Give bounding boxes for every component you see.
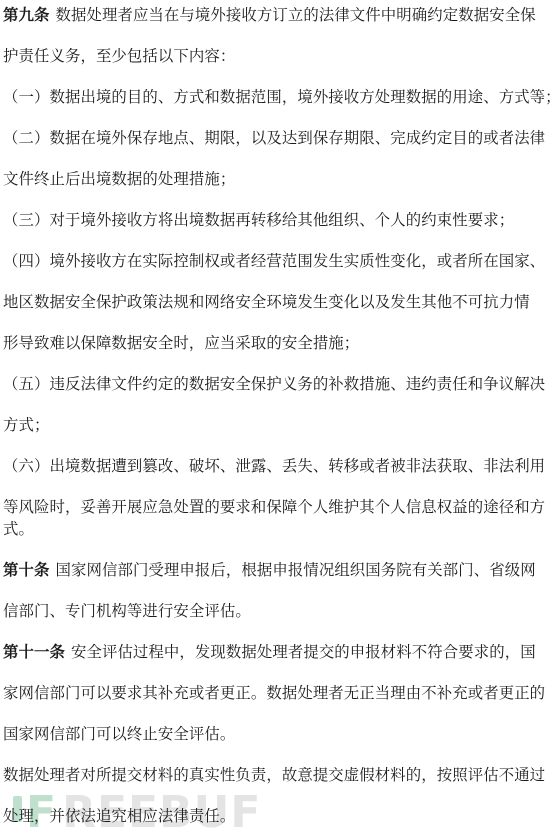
document-line: （一）数据出境的目的、方式和数据范围，境外接收方处理数据的用途、方式等；	[0, 88, 554, 107]
document-line: 数据处理者对所提交材料的真实性负责，故意提交虚假材料的，按照评估不通过	[0, 766, 554, 785]
line-text: 家网信部门可以要求其补充或者更正。数据处理者无正当理由不补充或者更正的	[3, 685, 545, 702]
line-text: 等风险时，妥善开展应急处置的要求和保障个人维护其个人信息权益的途径和方	[3, 499, 545, 516]
article-label: 第九条	[3, 7, 49, 24]
article-label: 第十一条	[3, 644, 65, 661]
document-line: （四）境外接收方在实际控制权或者经营范围发生实质性变化，或者所在国家、	[0, 252, 554, 271]
line-text: 地区数据安全保护政策法规和网络安全环境发生变化以及发生其他不可抗力情	[3, 294, 530, 311]
line-text: 数据处理者应当在与境外接收方订立的法律文件中明确约定数据安全保	[55, 7, 535, 24]
document-line: 护责任义务，至少包括以下内容：	[0, 47, 554, 66]
document-line: 第十条国家网信部门受理申报后，根据申报情况组织国务院有关部门、省级网	[0, 561, 554, 580]
line-text: 安全评估过程中，发现数据处理者提交的申报材料不符合要求的，国	[71, 644, 536, 661]
document-body: 第九条数据处理者应当在与境外接收方订立的法律文件中明确约定数据安全保护责任义务，…	[0, 0, 554, 826]
document-line: 第十一条安全评估过程中，发现数据处理者提交的申报材料不符合要求的，国	[0, 643, 554, 662]
document-line: 处理，并依法追究相应法律责任。	[0, 807, 554, 826]
line-text: 国家网信部门受理申报后，根据申报情况组织国务院有关部门、省级网	[55, 562, 535, 579]
line-text: 国家网信部门可以终止安全评估。	[3, 726, 235, 743]
line-text: （六）出境数据遭到篡改、破坏、泄露、丢失、转移或者被非法获取、非法利用	[3, 458, 545, 475]
line-text: 式。	[3, 521, 34, 538]
document-line: 信部门、专门机构等进行安全评估。	[0, 602, 554, 621]
line-text: 处理，并依法追究相应法律责任。	[3, 808, 235, 825]
document-line: 方式；	[0, 416, 554, 435]
line-text: （三）对于境外接收方将出境数据再转移给其他组织、个人的约束性要求；	[3, 212, 514, 229]
document-line: （六）出境数据遭到篡改、破坏、泄露、丢失、转移或者被非法获取、非法利用	[0, 457, 554, 476]
document-line: 文件终止后出境数据的处理措施；	[0, 170, 554, 189]
line-text: 方式；	[3, 417, 49, 434]
document-line: （五）违反法律文件约定的数据安全保护义务的补救措施、违约责任和争议解决	[0, 375, 554, 394]
document-line: 等风险时，妥善开展应急处置的要求和保障个人维护其个人信息权益的途径和方	[0, 498, 554, 517]
line-text: （一）数据出境的目的、方式和数据范围，境外接收方处理数据的用途、方式等；	[3, 89, 554, 106]
document-line: 地区数据安全保护政策法规和网络安全环境发生变化以及发生其他不可抗力情	[0, 293, 554, 312]
article-label: 第十条	[3, 562, 49, 579]
line-text: 形导致难以保障数据安全时，应当采取的安全措施；	[3, 335, 359, 352]
line-text: （四）境外接收方在实际控制权或者经营范围发生实质性变化，或者所在国家、	[3, 253, 545, 270]
line-text: 信部门、专门机构等进行安全评估。	[3, 603, 251, 620]
line-text: （五）违反法律文件约定的数据安全保护义务的补救措施、违约责任和争议解决	[3, 376, 545, 393]
line-text: 数据处理者对所提交材料的真实性负责，故意提交虚假材料的，按照评估不通过	[3, 767, 545, 784]
document-line: （二）数据在境外保存地点、期限，以及达到保存期限、完成约定目的或者法律	[0, 129, 554, 148]
line-text: （二）数据在境外保存地点、期限，以及达到保存期限、完成约定目的或者法律	[3, 130, 545, 147]
line-text: 文件终止后出境数据的处理措施；	[3, 171, 235, 188]
document-line: 式。	[0, 520, 554, 539]
document-line: 国家网信部门可以终止安全评估。	[0, 725, 554, 744]
document-line: （三）对于境外接收方将出境数据再转移给其他组织、个人的约束性要求；	[0, 211, 554, 230]
document-line: 第九条数据处理者应当在与境外接收方订立的法律文件中明确约定数据安全保	[0, 6, 554, 25]
document-page: { "page": { "background": "#ffffff", "te…	[0, 0, 554, 832]
line-text: 护责任义务，至少包括以下内容：	[3, 48, 235, 65]
document-line: 家网信部门可以要求其补充或者更正。数据处理者无正当理由不补充或者更正的	[0, 684, 554, 703]
document-line: 形导致难以保障数据安全时，应当采取的安全措施；	[0, 334, 554, 353]
